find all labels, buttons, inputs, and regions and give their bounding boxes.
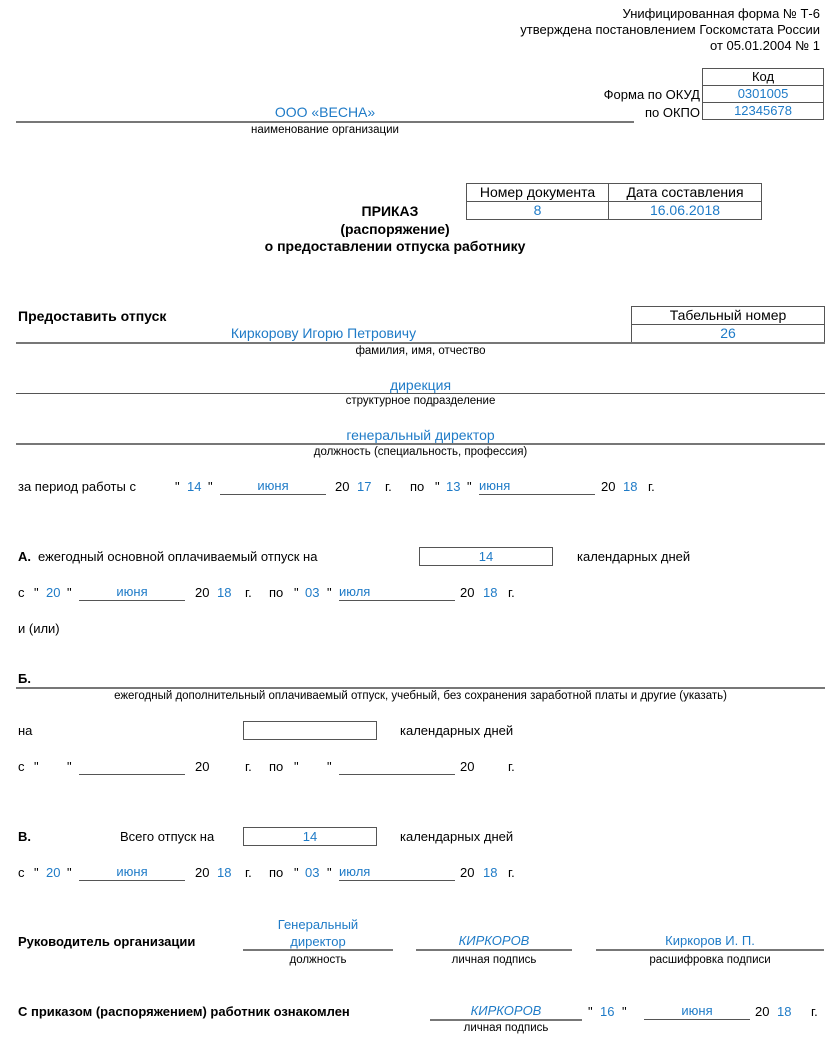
tab-number[interactable]: 26 <box>631 324 825 343</box>
head-position-caption: должность <box>243 954 393 966</box>
head-decoding[interactable]: Киркоров И. П. <box>596 933 824 948</box>
head-signature-caption: личная подпись <box>416 954 572 966</box>
section-b-letter: Б. <box>18 671 31 686</box>
section-c-to-day[interactable]: 03 <box>305 865 319 880</box>
work-to-day[interactable]: 13 <box>446 479 460 494</box>
ack-year[interactable]: 18 <box>777 1004 791 1019</box>
section-c-text: Всего отпуск на <box>120 829 214 844</box>
to-label: по <box>410 479 424 494</box>
doc-number-header: Номер документа <box>466 183 609 202</box>
organization-name[interactable]: ООО «ВЕСНА» <box>16 104 634 120</box>
year-suffix: г. <box>811 1004 818 1019</box>
section-a-days[interactable]: 14 <box>419 547 553 566</box>
and-or-label: и (или) <box>18 621 60 636</box>
section-c-to-month[interactable]: июля <box>339 864 455 881</box>
grant-leave-label: Предоставить отпуск <box>18 308 166 324</box>
section-c-from-day[interactable]: 20 <box>46 865 60 880</box>
year-suffix: г. <box>245 865 252 880</box>
section-b-days[interactable] <box>243 721 377 740</box>
okud-value[interactable]: 0301005 <box>702 85 824 103</box>
work-from-month[interactable]: июня <box>220 478 326 495</box>
section-a-from-month[interactable]: июня <box>79 584 185 601</box>
on-label: на <box>18 723 32 738</box>
section-a-from-year[interactable]: 18 <box>217 585 231 600</box>
doc-date-header: Дата составления <box>608 183 762 202</box>
position[interactable]: генеральный директор <box>16 427 825 443</box>
employee-name-caption: фамилия, имя, отчество <box>16 345 825 357</box>
section-b-to-month[interactable] <box>339 758 455 775</box>
year-suffix: г. <box>508 585 515 600</box>
century: 20 <box>460 865 474 880</box>
year-suffix: г. <box>508 759 515 774</box>
section-b-caption: ежегодный дополнительный оплачиваемый от… <box>16 690 825 702</box>
position-caption: должность (специальность, профессия) <box>16 446 825 458</box>
work-period-label: за период работы с <box>18 479 136 494</box>
section-a-days-label: календарных дней <box>577 549 690 564</box>
century: 20 <box>195 759 209 774</box>
from-label: с <box>18 759 25 774</box>
head-decoding-line <box>596 949 824 951</box>
doc-date[interactable]: 16.06.2018 <box>608 201 762 220</box>
document-title: ПРИКАЗ <box>300 203 480 219</box>
century: 20 <box>195 585 209 600</box>
from-label: с <box>18 585 25 600</box>
century: 20 <box>195 865 209 880</box>
section-c-from-year[interactable]: 18 <box>217 865 231 880</box>
to-label: по <box>269 759 283 774</box>
employee-signature-caption: личная подпись <box>430 1022 582 1034</box>
position-line <box>16 443 825 445</box>
acknowledgement-label: С приказом (распоряжением) работник озна… <box>18 1004 350 1019</box>
section-c-letter: В. <box>18 829 31 844</box>
century: 20 <box>460 759 474 774</box>
okpo-label: по ОКПО <box>645 105 700 120</box>
work-from-day[interactable]: 14 <box>187 479 201 494</box>
year-suffix: г. <box>508 865 515 880</box>
head-signature[interactable]: КИРКОРОВ <box>416 933 572 948</box>
section-c-days[interactable]: 14 <box>243 827 377 846</box>
year-suffix: г. <box>385 479 392 494</box>
code-header: Код <box>702 68 824 86</box>
department[interactable]: дирекция <box>16 377 825 393</box>
okpo-value[interactable]: 12345678 <box>702 102 824 120</box>
section-c-from-month[interactable]: июня <box>79 864 185 881</box>
head-position[interactable]: Генеральный директор <box>243 916 393 950</box>
ack-month[interactable]: июня <box>644 1003 750 1020</box>
employee-signature-line <box>430 1019 582 1021</box>
okud-label: Форма по ОКУД <box>604 87 700 102</box>
work-to-year[interactable]: 18 <box>623 479 637 494</box>
document-subject: о предоставлении отпуска работнику <box>200 238 590 254</box>
quote-close: " <box>467 479 472 494</box>
ack-day[interactable]: 16 <box>600 1004 614 1019</box>
quote-open: " <box>435 479 440 494</box>
form-line-2: утверждена постановлением Госкомстата Ро… <box>520 22 820 38</box>
head-position-line-2: директор <box>243 933 393 950</box>
section-a-from-day[interactable]: 20 <box>46 585 60 600</box>
head-signature-line <box>416 949 572 951</box>
work-from-year[interactable]: 17 <box>357 479 371 494</box>
section-a-text: ежегодный основной оплачиваемый отпуск н… <box>38 549 317 564</box>
employee-name-line <box>16 342 825 344</box>
form-line-1: Унифицированная форма № Т-6 <box>520 6 820 22</box>
organization-caption: наименование организации <box>16 124 634 136</box>
section-b-from-month[interactable] <box>79 758 185 775</box>
form-header: Унифицированная форма № Т-6 утверждена п… <box>520 6 820 54</box>
year-suffix: г. <box>648 479 655 494</box>
work-to-month[interactable]: июня <box>479 478 595 495</box>
century: 20 <box>335 479 349 494</box>
section-b-days-label: календарных дней <box>400 723 513 738</box>
department-caption: структурное подразделение <box>16 395 825 407</box>
century: 20 <box>601 479 615 494</box>
quote-close: " <box>208 479 213 494</box>
employee-signature[interactable]: КИРКОРОВ <box>430 1003 582 1018</box>
year-suffix: г. <box>245 585 252 600</box>
section-c-days-label: календарных дней <box>400 829 513 844</box>
to-label: по <box>269 865 283 880</box>
section-b-line <box>16 687 825 689</box>
section-c-to-year[interactable]: 18 <box>483 865 497 880</box>
doc-number[interactable]: 8 <box>466 201 609 220</box>
from-label: с <box>18 865 25 880</box>
organization-line <box>16 121 634 123</box>
section-a-to-day[interactable]: 03 <box>305 585 319 600</box>
department-line <box>16 393 825 394</box>
quote-open: " <box>175 479 180 494</box>
century: 20 <box>755 1004 769 1019</box>
year-suffix: г. <box>245 759 252 774</box>
head-position-line-1: Генеральный <box>243 916 393 933</box>
tab-number-header: Табельный номер <box>631 306 825 325</box>
employee-name[interactable]: Киркорову Игорю Петровичу <box>16 325 631 341</box>
century: 20 <box>460 585 474 600</box>
head-decoding-caption: расшифровка подписи <box>596 954 824 966</box>
head-position-line <box>243 949 393 951</box>
to-label: по <box>269 585 283 600</box>
document-subtitle: (распоряжение) <box>250 221 540 237</box>
section-a-letter: А. <box>18 549 31 564</box>
section-a-to-month[interactable]: июля <box>339 584 455 601</box>
head-label: Руководитель организации <box>18 934 195 949</box>
form-line-3: от 05.01.2004 № 1 <box>520 38 820 54</box>
section-a-to-year[interactable]: 18 <box>483 585 497 600</box>
